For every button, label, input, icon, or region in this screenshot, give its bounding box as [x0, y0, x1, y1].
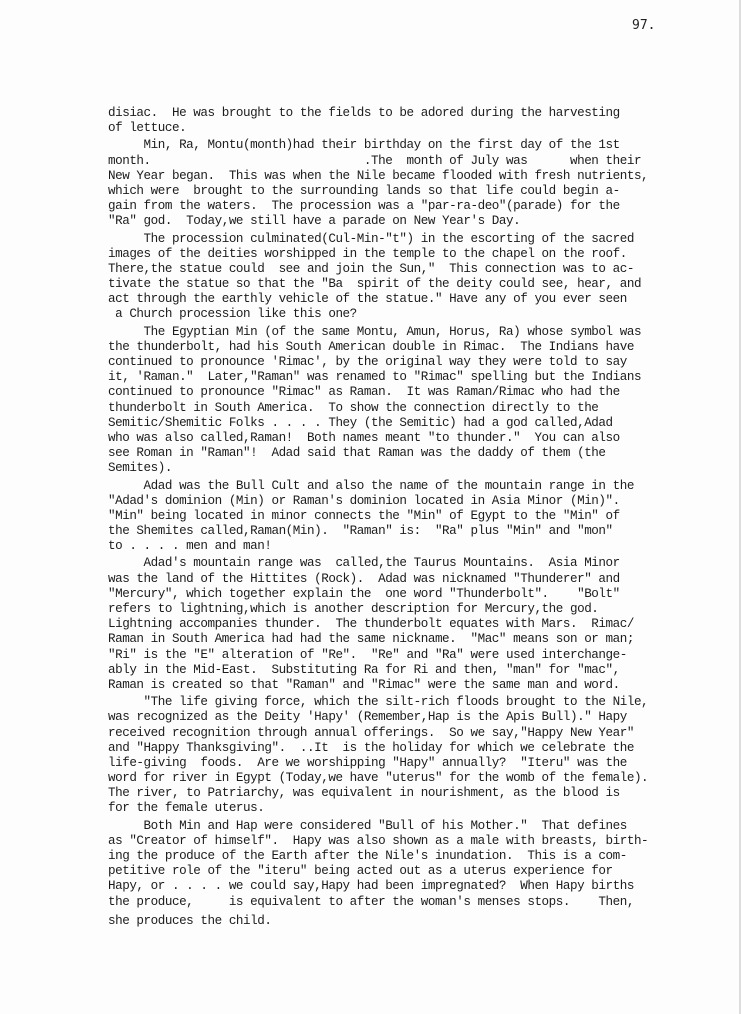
- text-line: gain from the waters. The procession was…: [108, 199, 668, 214]
- text-line: Semites).: [108, 461, 668, 476]
- text-line: The procession culminated(Cul-Min-"t") i…: [108, 232, 668, 247]
- text-line: act through the earthly vehicle of the s…: [108, 292, 668, 307]
- text-line: Semitic/Shemitic Folks . . . . They (the…: [108, 416, 668, 431]
- text-line: ing the produce of the Earth after the N…: [108, 849, 668, 864]
- text-line: ably in the Mid-East. Substituting Ra fo…: [108, 663, 668, 678]
- text-line: The river, to Patriarchy, was equivalent…: [108, 786, 668, 801]
- text-line: "Ri" is the "E" alteration of "Re". "Re"…: [108, 648, 668, 663]
- text-line: the produce, is equivalent to after the …: [108, 895, 668, 910]
- text-line: Lightning accompanies thunder. The thund…: [108, 617, 668, 632]
- text-line: Adad was the Bull Cult and also the name…: [108, 479, 668, 494]
- text-line: thunderbolt in South America. To show th…: [108, 401, 668, 416]
- text-line: a Church procession like this one?: [108, 307, 668, 322]
- text-line: "Mercury", which together explain the on…: [108, 587, 668, 602]
- text-line: "Ra" god. Today,we still have a parade o…: [108, 214, 668, 229]
- text-line: of lettuce.: [108, 121, 668, 136]
- text-line: "Adad's dominion (Min) or Raman's domini…: [108, 494, 668, 509]
- page-number: 97.: [632, 18, 655, 33]
- text-line: tivate the statue so that the "Ba spirit…: [108, 277, 668, 292]
- text-line: Both Min and Hap were considered "Bull o…: [108, 819, 668, 834]
- text-line: life-giving foods. Are we worshipping "H…: [108, 756, 668, 771]
- text-line: Raman is created so that "Raman" and "Ri…: [108, 678, 668, 693]
- text-line: The Egyptian Min (of the same Montu, Amu…: [108, 325, 668, 340]
- text-line: "Min" being located in minor connects th…: [108, 509, 668, 524]
- text-line: New Year began. This was when the Nile b…: [108, 169, 668, 184]
- text-line: to . . . . men and man!: [108, 539, 668, 554]
- text-line: Min, Ra, Montu(month)had their birthday …: [108, 138, 668, 153]
- text-line: images of the deities worshipped in the …: [108, 247, 668, 262]
- body-text: disiac. He was brought to the fields to …: [108, 106, 668, 929]
- text-line: There,the statue could see and join the …: [108, 262, 668, 277]
- text-line: Hapy, or . . . . we could say,Hapy had b…: [108, 879, 668, 894]
- text-line: petitive role of the "iteru" being acted…: [108, 864, 668, 879]
- text-line: received recognition through annual offe…: [108, 726, 668, 741]
- text-line: see Roman in "Raman"! Adad said that Ram…: [108, 446, 668, 461]
- text-line: disiac. He was brought to the fields to …: [108, 106, 668, 121]
- text-line: refers to lightning,which is another des…: [108, 602, 668, 617]
- text-line: and "Happy Thanksgiving". ..It is the ho…: [108, 741, 668, 756]
- text-line: was recognized as the Deity 'Hapy' (Reme…: [108, 710, 668, 725]
- text-line: which were brought to the surrounding la…: [108, 184, 668, 199]
- text-line: for the female uterus.: [108, 801, 668, 816]
- text-line: continued to pronounce "Rimac" as Raman.…: [108, 385, 668, 400]
- text-line: it, 'Raman." Later,"Raman" was renamed t…: [108, 370, 668, 385]
- text-line: "The life giving force, which the silt-r…: [108, 695, 668, 710]
- text-line: the Shemites called,Raman(Min). "Raman" …: [108, 524, 668, 539]
- text-line: month. .The month of July was when their: [108, 154, 668, 169]
- text-line: who was also called,Raman! Both names me…: [108, 431, 668, 446]
- text-line: word for river in Egypt (Today,we have "…: [108, 771, 668, 786]
- text-line: as "Creator of himself". Hapy was also s…: [108, 834, 668, 849]
- text-line: was the land of the Hittites (Rock). Ada…: [108, 572, 668, 587]
- document-page: 97. disiac. He was brought to the fields…: [0, 0, 741, 1014]
- text-line: the thunderbolt, had his South American …: [108, 340, 668, 355]
- text-line: Raman in South America had had the same …: [108, 632, 668, 647]
- text-line: Adad's mountain range was called,the Tau…: [108, 556, 668, 571]
- text-line: continued to pronounce 'Rimac', by the o…: [108, 355, 668, 370]
- text-line: she produces the child.: [108, 914, 668, 929]
